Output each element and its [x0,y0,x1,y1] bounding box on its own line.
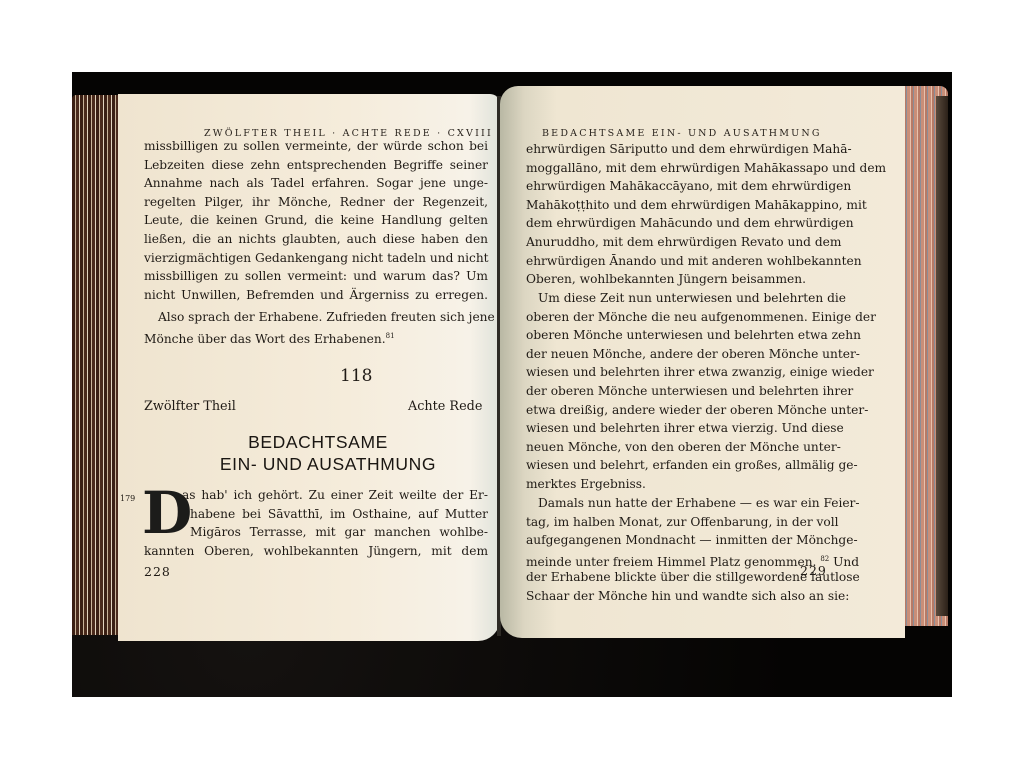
chapter-title: BEDACHTSAME EIN- UND AUSATHMUNG [198,431,438,475]
right-paragraph-3: Damals nun hatte der Erhabene — es war e… [526,494,826,606]
chapter-number: 118 [340,366,372,386]
footnote-marker: 82 [820,555,829,563]
text-line: habene bei Sāvatthī, im Osthaine, auf Mu… [190,505,488,524]
left-opening-text-indented: as hab' ich gehört. Zu einer Zeit weilte… [190,486,488,542]
footnote-marker: 81 [386,332,395,340]
subhead-discourse: Achte Rede [408,399,482,414]
right-paragraph-2: Um diese Zeit nun unterwiesen und belehr… [526,289,826,494]
left-opening-text: kannten Oberen, wohlbekannten Jüngern, m… [144,542,488,561]
text-line: der neuen Mönche, andere der oberen Mönc… [526,345,826,364]
text-line: Schaar der Mönche hin und wandte sich al… [526,587,826,606]
text-line: wiesen und belehrten ihrer etwa vierzig.… [526,419,826,438]
left-page-edges [72,95,120,635]
text-line: nicht Unwillen, Befremden und Ärgerniss … [144,286,488,305]
text-line: oberen der Mönche die neu aufgenommenen.… [526,308,826,327]
text-line: Anuruddho, mit dem ehrwürdigen Revato un… [526,233,826,252]
text-line: dem ehrwürdigen Mahācundo und dem ehrwür… [526,214,826,233]
text-line: merktes Ergebniss. [526,475,826,494]
text-line: der oberen Mönche unterwiesen und belehr… [526,382,826,401]
text-line: meinde unter freiem Himmel Platz genomme… [526,550,826,569]
text-line-content: Mönche über das Wort des Erhabenen. [144,332,386,346]
text-line: ehrwürdigen Mahākaccāyano, mit dem ehrwü… [526,177,826,196]
text-line: missbilligen zu sollen vermeint: und war… [144,267,488,286]
text-line: Also sprach der Erhabene. Zufrieden freu… [144,308,488,327]
text-line: Migāros Terrasse, mit gar manchen wohlbe… [190,523,488,542]
text-line: Oberen, wohlbekannten Jüngern beisammen. [526,270,826,289]
text-line: ehrwürdigen Sāriputto und dem ehrwürdige… [526,140,826,159]
text-line: moggallāno, mit dem ehrwürdigen Mahākass… [526,159,826,178]
text-line: Annahme nach als Tadel erfahren. Sogar j… [144,174,488,193]
margin-verse-number: 179 [120,494,135,503]
text-line: kannten Oberen, wohlbekannten Jüngern, m… [144,542,488,561]
text-line: wiesen und belehrten ihrer etwa zwanzig,… [526,363,826,382]
text-line: Lebzeiten diese zehn entsprechenden Begr… [144,156,488,175]
right-paragraph-1: ehrwürdigen Sāriputto und dem ehrwürdige… [526,140,826,289]
right-page: BEDACHTSAME EIN- UND AUSATHMUNG ehrwürdi… [500,86,905,638]
left-closing-text: Also sprach der Erhabene. Zufrieden freu… [144,308,488,345]
text-line: ehrwürdigen Ānando und mit anderen wohlb… [526,252,826,271]
text-line: Mahākoṭṭhito und dem ehrwürdigen Mahākap… [526,196,826,215]
text-line: Leute, die keinen Grund, die keine Handl… [144,211,488,230]
left-continuation-text: missbilligen zu sollen vermeinte, der wü… [144,137,488,304]
text-line: etwa dreißig, andere wieder der oberen M… [526,401,826,420]
left-page: ZWÖLFTER THEIL · ACHTE REDE · CXVIII mis… [118,94,500,641]
right-page-edges [900,86,948,626]
text-line: ließen, die an nichts glaubten, auch die… [144,230,488,249]
text-line: tag, im halben Monat, zur Offenbarung, i… [526,513,826,532]
right-running-head: BEDACHTSAME EIN- UND AUSATHMUNG [542,128,822,139]
text-line: missbilligen zu sollen vermeinte, der wü… [144,137,488,156]
text-line: neuen Mönche, von den oberen der Mönche … [526,438,826,457]
text-line: regelten Pilger, ihr Mönche, Redner der … [144,193,488,212]
text-line: aufgegangenen Mondnacht — inmitten der M… [526,531,826,550]
text-line: as hab' ich gehört. Zu einer Zeit weilte… [182,486,488,505]
page-number-right: 229 [800,563,827,578]
chapter-title-line1: BEDACHTSAME [198,431,438,453]
page-number-left: 228 [144,564,171,579]
text-line-content: meinde unter freiem Himmel Platz genomme… [526,555,816,569]
text-line: Mönche über das Wort des Erhabenen.81 [144,327,488,346]
text-line: der Erhabene blickte über die stillgewor… [526,568,826,587]
text-line: Um diese Zeit nun unterwiesen und belehr… [526,289,826,308]
text-line: Damals nun hatte der Erhabene — es war e… [526,494,826,513]
subhead-part: Zwölfter Theil [144,399,236,414]
text-line: oberen Mönche unterwiesen und belehrten … [526,326,826,345]
text-line-content: Und [833,555,859,569]
text-line: vierzigmächtigen Gedankengang nicht tade… [144,249,488,268]
chapter-title-line2: EIN- UND AUSATHMUNG [178,453,478,475]
text-line: wiesen und belehrt, erfanden ein großes,… [526,456,826,475]
